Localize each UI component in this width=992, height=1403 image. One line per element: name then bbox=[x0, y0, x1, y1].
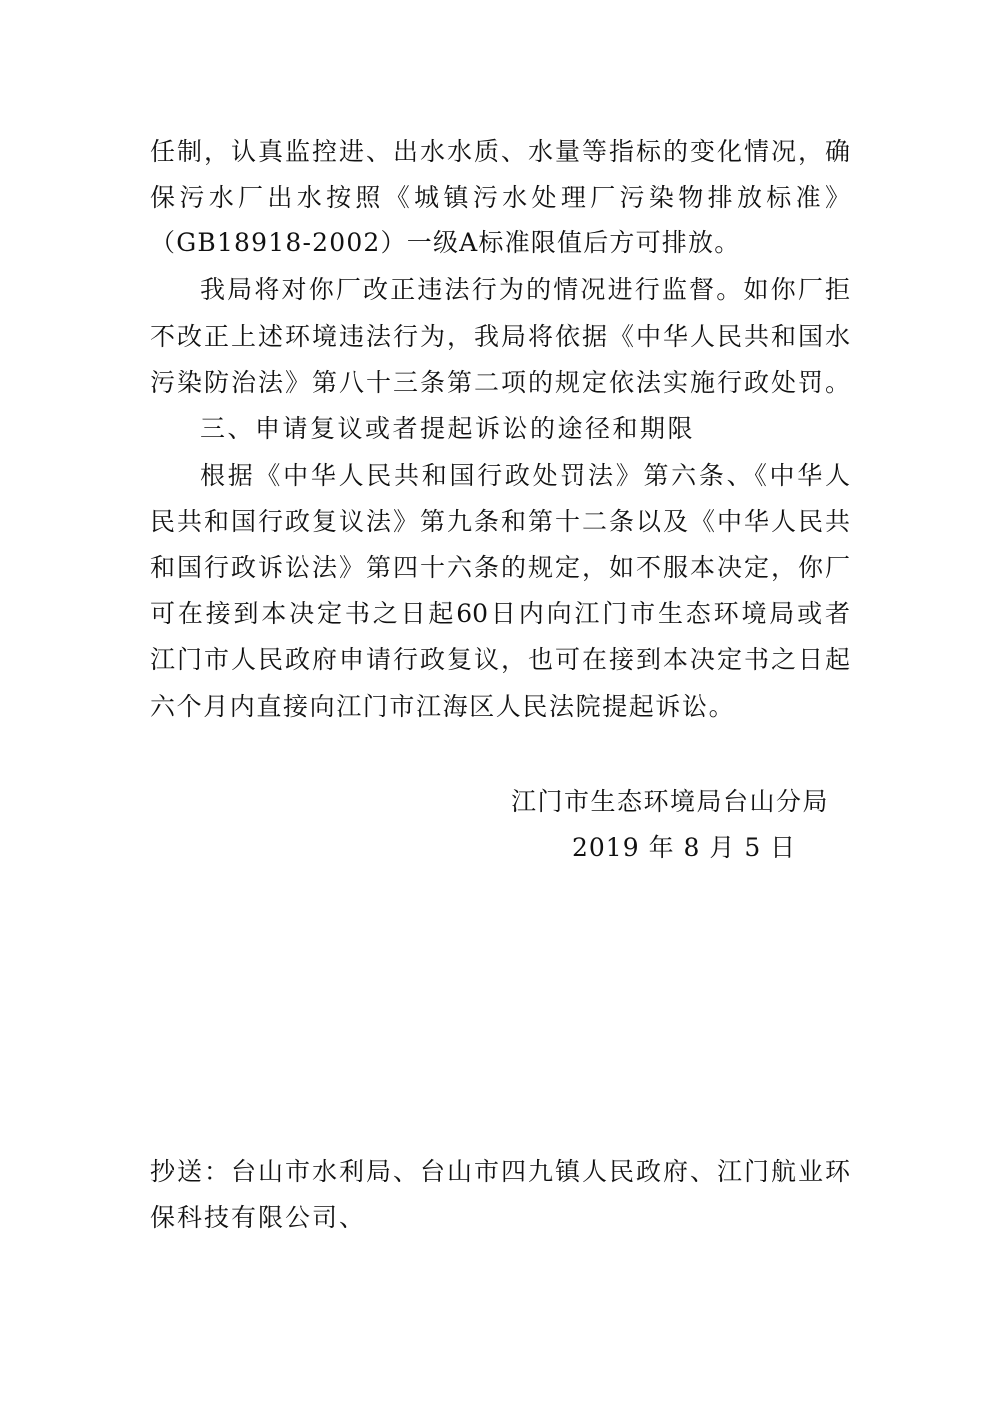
paragraph-line: 任制，认真监控进、出水水质、水量等指标的变化情况，确 bbox=[150, 136, 850, 168]
paragraph-line: 不改正上述环境违法行为，我局将依据《中华人民共和国水 bbox=[150, 321, 850, 353]
issue-date: 2019 年 8 月 5 日 bbox=[572, 832, 796, 864]
paragraph-line: 我局将对你厂改正违法行为的情况进行监督。如你厂拒 bbox=[200, 274, 850, 306]
paragraph-line: 和国行政诉讼法》第四十六条的规定，如不服本决定，你厂 bbox=[150, 552, 850, 584]
paragraph-line: （GB18918-2002）一级A标准限值后方可排放。 bbox=[150, 227, 850, 259]
paragraph-line: 污染防治法》第八十三条第二项的规定依法实施行政处罚。 bbox=[150, 367, 850, 399]
document-page: 任制，认真监控进、出水水质、水量等指标的变化情况，确 保污水厂出水按照《城镇污水… bbox=[0, 0, 992, 1403]
section-heading: 三、申请复议或者提起诉讼的途径和期限 bbox=[200, 413, 850, 445]
cc-line: 抄送：台山市水利局、台山市四九镇人民政府、江门航业环 bbox=[150, 1156, 850, 1188]
paragraph-line: 根据《中华人民共和国行政处罚法》第六条、《中华人 bbox=[200, 460, 850, 492]
paragraph-line: 可在接到本决定书之日起60日内向江门市生态环境局或者 bbox=[150, 598, 850, 630]
paragraph-line: 民共和国行政复议法》第九条和第十二条以及《中华人民共 bbox=[150, 506, 850, 538]
paragraph-line: 江门市人民政府申请行政复议，也可在接到本决定书之日起 bbox=[150, 644, 850, 676]
cc-line: 保科技有限公司、 bbox=[150, 1202, 850, 1234]
issuer-signature: 江门市生态环境局台山分局 bbox=[511, 786, 829, 818]
paragraph-line: 保污水厂出水按照《城镇污水处理厂污染物排放标准》 bbox=[150, 182, 850, 214]
paragraph-line: 六个月内直接向江门市江海区人民法院提起诉讼。 bbox=[150, 691, 850, 723]
